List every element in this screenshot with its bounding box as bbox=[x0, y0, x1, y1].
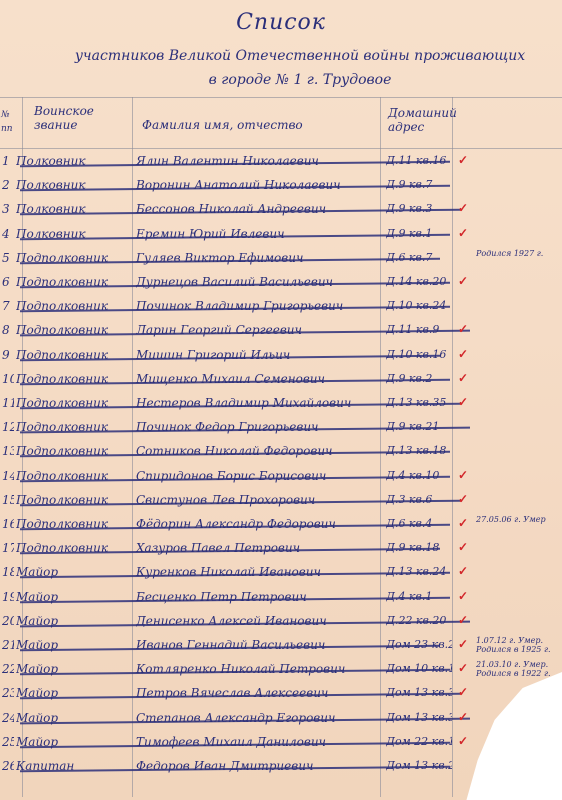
row-number: 22 bbox=[2, 662, 14, 676]
header-bottom-border bbox=[0, 148, 562, 149]
row-number: 6 bbox=[2, 275, 14, 289]
row-number: 17 bbox=[2, 541, 14, 555]
table-row: 11ПодполковникНестеров Владимир Михайлов… bbox=[0, 392, 562, 418]
header-num: № пп bbox=[1, 108, 21, 136]
row-number: 16 bbox=[2, 517, 14, 531]
red-check-icon: ✓ bbox=[458, 564, 468, 578]
red-check-icon: ✓ bbox=[458, 371, 468, 385]
row-number: 21 bbox=[2, 638, 14, 652]
row-number: 10 bbox=[2, 372, 14, 386]
table-row: 24МайорСтепанов Александр ЕгоровичДом 13… bbox=[0, 707, 562, 733]
row-number: 8 bbox=[2, 323, 14, 337]
row-number: 13 bbox=[2, 444, 14, 458]
table-row: 4ПолковникЕремин Юрий ИвлевичД.9 кв.1✓ bbox=[0, 223, 562, 249]
red-check-icon: ✓ bbox=[458, 540, 468, 554]
red-check-icon: ✓ bbox=[458, 347, 468, 361]
table-row: 19МайорБесценко Петр ПетровичД.4 кв.1✓ bbox=[0, 586, 562, 612]
row-number: 5 bbox=[2, 251, 14, 265]
row-note: Родился 1927 г. bbox=[476, 249, 562, 258]
table-row: 8ПодполковникЛарин Георгий СергеевичД.11… bbox=[0, 319, 562, 345]
red-check-icon: ✓ bbox=[458, 516, 468, 530]
row-note: 1.07.12 г. Умер. Родился в 1925 г. bbox=[476, 636, 562, 654]
red-check-icon: ✓ bbox=[458, 685, 468, 699]
table-row: 18МайорКуренков Николай ИвановичД.13 кв.… bbox=[0, 561, 562, 587]
table-row: 15ПодполковникСвистунов Лев ПрохоровичД.… bbox=[0, 489, 562, 515]
header-rank: Воинское звание bbox=[34, 104, 124, 132]
row-number: 23 bbox=[2, 686, 14, 700]
header-addr: Домашний адрес bbox=[388, 106, 448, 134]
row-note: 27.05.06 г. Умер bbox=[476, 515, 562, 524]
document-subtitle: участников Великой Отечественной войны п… bbox=[40, 44, 560, 92]
row-number: 14 bbox=[2, 469, 14, 483]
row-number: 18 bbox=[2, 565, 14, 579]
row-number: 25 bbox=[2, 735, 14, 749]
table-top-border bbox=[0, 97, 562, 98]
row-number: 19 bbox=[2, 590, 14, 604]
table-row: 26КапитанФедоров Иван ДмитриевичДом 13 к… bbox=[0, 755, 562, 781]
row-number: 7 bbox=[2, 299, 14, 313]
row-number: 1 bbox=[2, 154, 14, 168]
row-number: 20 bbox=[2, 614, 14, 628]
row-number: 15 bbox=[2, 493, 14, 507]
row-name: Тимофеев Михаил Данилович bbox=[136, 735, 376, 749]
table-row: 20МайорДенисенко Алексей ИвановичД.22 кв… bbox=[0, 610, 562, 636]
table-row: 21МайорИванов Геннадий ВасильевичДом 23 … bbox=[0, 634, 562, 660]
row-name: Бесценко Петр Петрович bbox=[136, 590, 376, 604]
row-name: Свистунов Лев Прохорович bbox=[136, 493, 376, 507]
table-row: 16ПодполковникФёдорин Александр Федорови… bbox=[0, 513, 562, 539]
table-row: 6ПодполковникДурнецов Василий Васильевич… bbox=[0, 271, 562, 297]
table-row: 25МайорТимофеев Михаил ДаниловичДом 22 к… bbox=[0, 731, 562, 757]
row-number: 4 bbox=[2, 227, 14, 241]
table-row: 17ПодполковникХазуров Павел ПетровичД.9 … bbox=[0, 537, 562, 563]
red-check-icon: ✓ bbox=[458, 468, 468, 482]
table-row: 9ПодполковникМишин Григорий ИльичД.10 кв… bbox=[0, 344, 562, 370]
table-row: 14ПодполковникСпиридонов Борис Борисович… bbox=[0, 465, 562, 491]
red-check-icon: ✓ bbox=[458, 274, 468, 288]
red-check-icon: ✓ bbox=[458, 613, 468, 627]
table-row: 2ПолковникВоронин Анатолий НиколаевичД.9… bbox=[0, 174, 562, 200]
row-number: 11 bbox=[2, 396, 14, 410]
red-check-icon: ✓ bbox=[458, 226, 468, 240]
row-name: Денисенко Алексей Иванович bbox=[136, 614, 376, 628]
table-row: 1ПолковникЯлин Валентин НиколаевичД.11 к… bbox=[0, 150, 562, 176]
row-name: Еремин Юрий Ивлевич bbox=[136, 227, 376, 241]
table-row: 10ПодполковникМищенко Михаил СеменовичД.… bbox=[0, 368, 562, 394]
table-row: 7ПодполковникПочинок Владимир Григорьеви… bbox=[0, 295, 562, 321]
red-check-icon: ✓ bbox=[458, 322, 468, 336]
table-row: 5ПодполковникГуляев Виктор ЕфимовичД.6 к… bbox=[0, 247, 562, 273]
table-row: 3ПолковникБессонов Николай АндреевичД.9 … bbox=[0, 198, 562, 224]
row-number: 12 bbox=[2, 420, 14, 434]
red-check-icon: ✓ bbox=[458, 395, 468, 409]
row-name: Гуляев Виктор Ефимович bbox=[136, 251, 376, 265]
row-name: Мишин Григорий Ильич bbox=[136, 348, 376, 362]
row-name: Степанов Александр Егорович bbox=[136, 711, 376, 725]
row-name: Спиридонов Борис Борисович bbox=[136, 469, 376, 483]
red-check-icon: ✓ bbox=[458, 661, 468, 675]
subtitle-line-2: в городе № 1 г. Трудовое bbox=[40, 68, 560, 92]
row-note: 21.03.10 г. Умер. Родился в 1922 г. bbox=[476, 660, 562, 678]
paper-sheet: Список участников Великой Отечественной … bbox=[0, 0, 562, 800]
red-check-icon: ✓ bbox=[458, 637, 468, 651]
red-check-icon: ✓ bbox=[458, 153, 468, 167]
row-number: 26 bbox=[2, 759, 14, 773]
row-name: Мищенко Михаил Семенович bbox=[136, 372, 376, 386]
table-row: 13ПодполковникСотников Николай Федорович… bbox=[0, 440, 562, 466]
red-check-icon: ✓ bbox=[458, 734, 468, 748]
red-check-icon: ✓ bbox=[458, 710, 468, 724]
subtitle-line-1: участников Великой Отечественной войны п… bbox=[40, 44, 560, 68]
header-name: Фамилия имя, отчество bbox=[142, 118, 372, 132]
red-check-icon: ✓ bbox=[458, 201, 468, 215]
table-row: 23МайорПетров Вячеслав АлексеевичДом 13 … bbox=[0, 682, 562, 708]
row-number: 2 bbox=[2, 178, 14, 192]
row-number: 24 bbox=[2, 711, 14, 725]
table-row: 12ПодполковникПочинок Федор ГригорьевичД… bbox=[0, 416, 562, 442]
red-check-icon: ✓ bbox=[458, 589, 468, 603]
table-row: 22МайорКотляренко Николай ПетровичДом 10… bbox=[0, 658, 562, 684]
document-title: Список bbox=[0, 10, 562, 35]
row-number: 9 bbox=[2, 348, 14, 362]
red-check-icon: ✓ bbox=[458, 492, 468, 506]
row-number: 3 bbox=[2, 202, 14, 216]
